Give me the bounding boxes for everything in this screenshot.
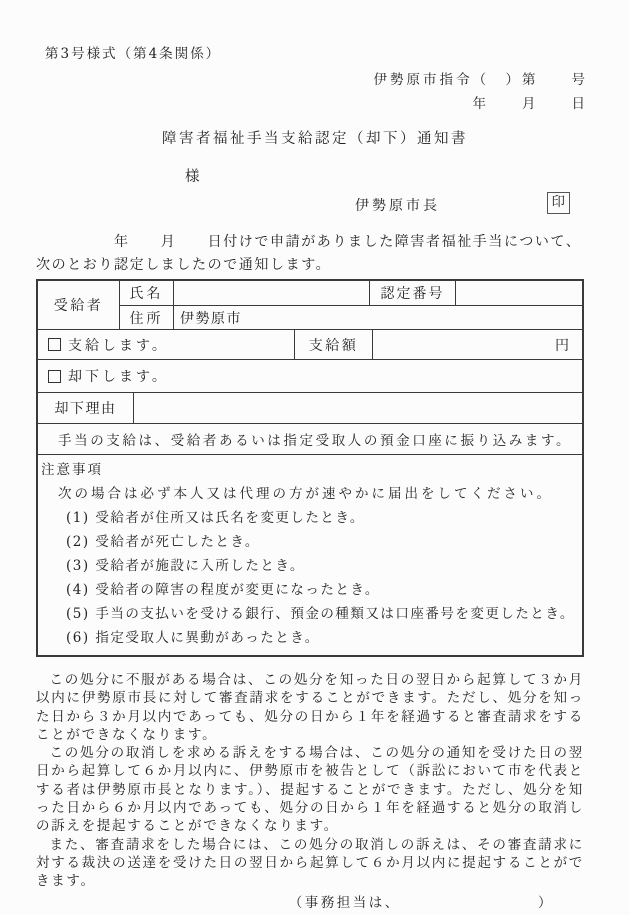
reject-checkbox[interactable] xyxy=(48,370,61,383)
notice-item: (3) 受給者が施設に入所したとき。 xyxy=(41,554,578,578)
appeal-paragraph-2: この処分の取消しを求める訴えをする場合は、この処分の通知を受けた日の翌日から起算… xyxy=(36,744,584,835)
notice-item: (4) 受給者の障害の程度が変更になったとき。 xyxy=(41,578,578,602)
name-row: 氏名 認定番号 xyxy=(120,281,582,305)
document-page: 第3号様式（第4条関係） 伊勢原市指令（ ）第 号 年 月 日 障害者福祉手当支… xyxy=(0,0,630,915)
address-value[interactable]: 伊勢原市 xyxy=(174,306,582,329)
payment-note: 手当の支給は、受給者あるいは指定受取人の預金口座に振り込みます。 xyxy=(38,424,582,454)
mayor-row: 伊勢原市長 印 xyxy=(0,195,630,219)
address-label: 住所 xyxy=(120,306,174,329)
notification-table: 受給者 氏名 認定番号 住所 伊勢原市 支給します。 支給額 xyxy=(36,279,584,657)
notice-item: (2) 受給者が死亡したとき。 xyxy=(41,530,578,554)
cert-number-label: 認定番号 xyxy=(370,281,456,305)
amount-unit: 円 xyxy=(555,335,570,355)
grant-option: 支給します。 xyxy=(38,330,295,359)
grant-row: 支給します。 支給額 円 xyxy=(38,329,582,359)
reject-row: 却下します。 xyxy=(38,359,582,392)
intro-line2: 次のとおり認定しましたので通知します。 xyxy=(36,254,584,277)
address-row: 住所 伊勢原市 xyxy=(120,305,582,329)
reject-label: 却下します。 xyxy=(68,366,169,386)
notice-item: (5) 手当の支払いを受ける銀行、預金の種類又は口座番号を変更したとき。 xyxy=(41,602,578,626)
addressee-honorific: 様 xyxy=(0,165,630,186)
notice-item-list: (1) 受給者が住所又は氏名を変更したとき。 (2) 受給者が死亡したとき。 (… xyxy=(41,506,578,650)
grant-label: 支給します。 xyxy=(68,335,169,355)
payment-note-row: 手当の支給は、受給者あるいは指定受取人の預金口座に振り込みます。 xyxy=(38,423,582,454)
mayor-name: 伊勢原市長 xyxy=(355,195,440,215)
notice-item: (1) 受給者が住所又は氏名を変更したとき。 xyxy=(41,506,578,530)
reject-reason-row: 却下理由 xyxy=(38,392,582,423)
amount-value-cell[interactable]: 円 xyxy=(373,330,582,359)
name-label: 氏名 xyxy=(120,281,174,305)
notice-row: 注意事項 次の場合は必ず本人又は代理の方が速やかに届出をしてください。 (1) … xyxy=(38,454,582,655)
recipient-label: 受給者 xyxy=(38,281,120,329)
seal-box: 印 xyxy=(547,192,571,214)
grant-checkbox[interactable] xyxy=(48,338,61,351)
directive-number-line: 伊勢原市指令（ ）第 号 xyxy=(0,68,630,88)
recipient-row: 受給者 氏名 認定番号 住所 伊勢原市 xyxy=(38,281,582,329)
appeal-information: この処分に不服がある場合は、この処分を知った日の翌日から起算して３か月以内に伊勢… xyxy=(36,671,584,912)
cert-number-value-cell[interactable] xyxy=(456,281,582,305)
reject-option: 却下します。 xyxy=(38,360,582,392)
notice-intro: 次の場合は必ず本人又は代理の方が速やかに届出をしてください。 xyxy=(41,482,578,506)
amount-label: 支給額 xyxy=(295,330,373,359)
reject-reason-value-cell[interactable] xyxy=(134,393,582,423)
intro-line1: 年 月 日付けで申請がありました障害者福祉手当について、 xyxy=(36,231,584,254)
admin-contact-line: （事務担当は、 ） xyxy=(36,894,584,912)
intro-paragraph: 年 月 日付けで申請がありました障害者福祉手当について、 次のとおり認定しました… xyxy=(36,231,584,277)
document-title: 障害者福祉手当支給認定（却下）通知書 xyxy=(0,127,630,148)
date-line: 年 月 日 xyxy=(0,92,630,112)
form-number: 第3号様式（第4条関係） xyxy=(0,0,630,62)
appeal-paragraph-1: この処分に不服がある場合は、この処分を知った日の翌日から起算して３か月以内に伊勢… xyxy=(36,671,584,744)
reject-reason-label: 却下理由 xyxy=(38,393,134,423)
notice-item: (6) 指定受取人に異動があったとき。 xyxy=(41,626,578,650)
name-value-cell[interactable] xyxy=(174,281,370,305)
notice-title: 注意事項 xyxy=(41,458,578,482)
appeal-paragraph-3: また、審査請求をした場合には、この処分の取消しの訴えは、その審査請求に対する裁決… xyxy=(36,836,584,891)
